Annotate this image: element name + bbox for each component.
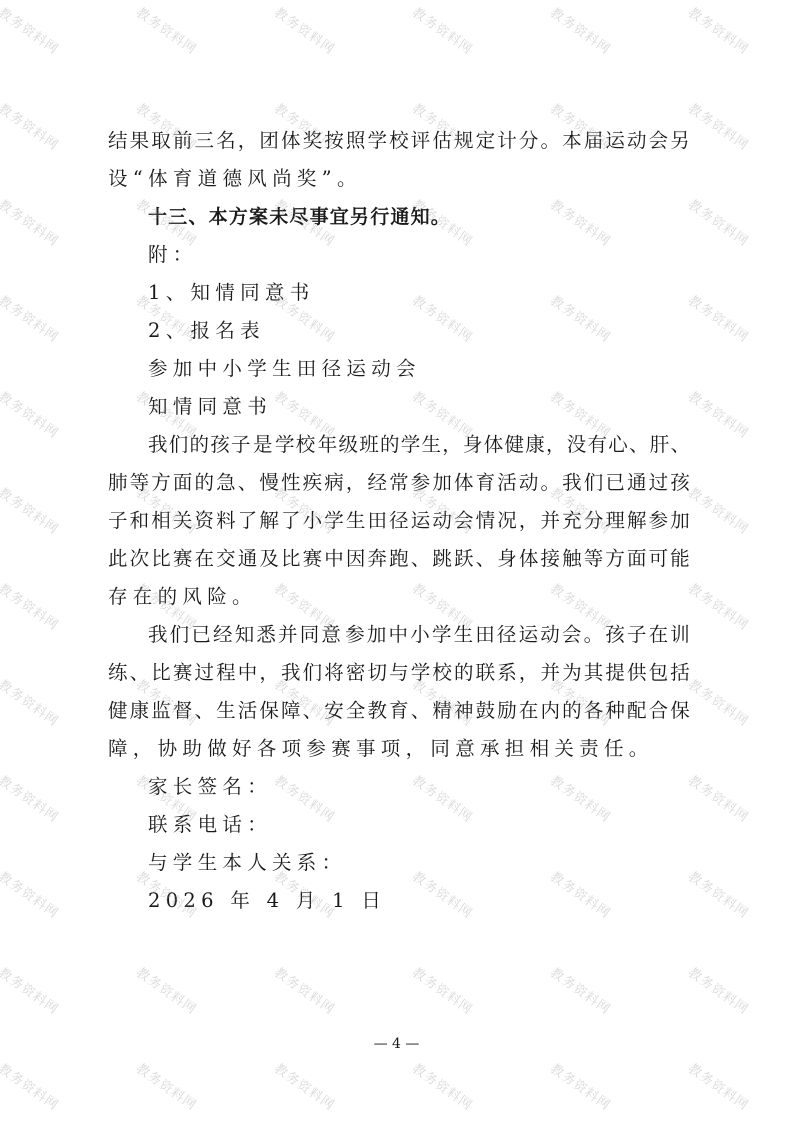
watermark-text: 教务资料网: [409, 962, 477, 1018]
watermark-text: 教务资料网: [0, 386, 63, 442]
watermark-text: 教务资料网: [0, 482, 63, 538]
document-page: 结果取前三名，团体奖按照学校评估规定计分。本届运动会另 设“体育道德风尚奖”。 …: [108, 122, 690, 920]
paragraph-line: 设“体育道德风尚奖”。: [108, 160, 690, 198]
watermark-text: 教务资料网: [685, 194, 753, 250]
watermark-text: 教务资料网: [0, 194, 63, 250]
watermark-text: 教务资料网: [685, 674, 753, 730]
watermark-text: 教务资料网: [547, 962, 615, 1018]
watermark-text: 教务资料网: [685, 578, 753, 634]
consent-paragraph-1-line: 子和相关资料了解了小学生田径运动会情况，并充分理解参加: [108, 502, 690, 540]
watermark-text: 教务资料网: [0, 578, 63, 634]
consent-paragraph-1-line: 此次比赛在交通及比赛中因奔跑、跳跃、身体接触等方面可能: [108, 540, 690, 578]
consent-paragraph-2-line: 练、比赛过程中，我们将密切与学校的联系，并为其提供包括: [108, 654, 690, 692]
section-heading: 十三、本方案未尽事宜另行通知。: [108, 198, 690, 236]
form-title-line-2: 知情同意书: [108, 388, 690, 426]
watermark-text: 教务资料网: [271, 1058, 339, 1114]
watermark-text: 教务资料网: [547, 2, 615, 58]
watermark-text: 教务资料网: [685, 482, 753, 538]
watermark-text: 教务资料网: [685, 386, 753, 442]
watermark-text: 教务资料网: [0, 866, 63, 922]
watermark-text: 教务资料网: [133, 1058, 201, 1114]
watermark-text: 教务资料网: [271, 962, 339, 1018]
consent-paragraph-1-line: 我们的孩子 是 学校 年级班的学生，身体健康，没有心、肝、: [108, 426, 690, 464]
watermark-text: 教务资料网: [409, 1058, 477, 1114]
watermark-text: 教务资料网: [271, 2, 339, 58]
contact-phone-field: 联系电话：: [108, 806, 690, 844]
watermark-text: 教务资料网: [685, 1058, 753, 1114]
watermark-text: 教务资料网: [0, 770, 63, 826]
attachment-label: 附：: [108, 236, 690, 274]
consent-paragraph-2-line: 障，协助做好各项参赛事项，同意承担相关责任。: [108, 730, 690, 768]
watermark-text: 教务资料网: [409, 2, 477, 58]
consent-paragraph-2-line: 健康监督、生活保障、安全教育、精神鼓励在内的各种配合保: [108, 692, 690, 730]
watermark-text: 教务资料网: [0, 962, 63, 1018]
paragraph-line: 结果取前三名，团体奖按照学校评估规定计分。本届运动会另: [108, 122, 690, 160]
relationship-field: 与学生本人关系：: [108, 844, 690, 882]
consent-paragraph-1-line: 存在的风险。: [108, 578, 690, 616]
watermark-text: 教务资料网: [0, 2, 63, 58]
watermark-text: 教务资料网: [133, 962, 201, 1018]
consent-paragraph-2-line: 我们已经知悉并同意 参加中小学生田径运动会。孩子在训: [108, 616, 690, 654]
watermark-text: 教务资料网: [685, 770, 753, 826]
watermark-text: 教务资料网: [0, 674, 63, 730]
watermark-text: 教务资料网: [685, 962, 753, 1018]
watermark-text: 教务资料网: [0, 290, 63, 346]
attachment-item-1: 1、知情同意书: [108, 274, 690, 312]
watermark-text: 教务资料网: [685, 290, 753, 346]
consent-paragraph-1-line: 肺等方面的急、慢性疾病，经常参加体育活动。我们已通过孩: [108, 464, 690, 502]
watermark-text: 教务资料网: [685, 2, 753, 58]
watermark-text: 教务资料网: [547, 1058, 615, 1114]
watermark-text: 教务资料网: [133, 2, 201, 58]
watermark-text: 教务资料网: [0, 98, 63, 154]
watermark-text: 教务资料网: [685, 866, 753, 922]
attachment-item-2: 2、报名表: [108, 312, 690, 350]
form-title-line-1: 参加中小学生田径运动会: [108, 350, 690, 388]
page-number: — 4 —: [0, 1036, 793, 1052]
parent-signature-field: 家长签名：: [108, 768, 690, 806]
watermark-text: 教务资料网: [685, 98, 753, 154]
date-line: 2026 年 4 月 1 日: [108, 882, 690, 920]
watermark-text: 教务资料网: [0, 1058, 63, 1114]
